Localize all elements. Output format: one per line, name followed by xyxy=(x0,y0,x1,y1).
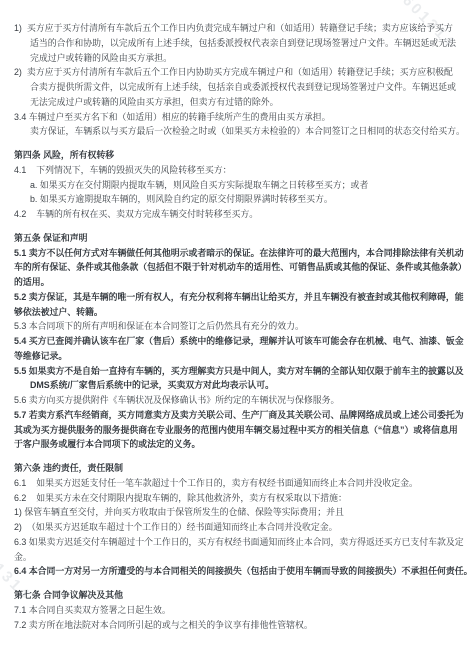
contract-line: 5.4 买方已查阅并确认该车在厂家（售后）系统中的维修记录，理解并认可该车可能会… xyxy=(0,334,470,349)
contract-line: 2) 卖方应于买方付清所有车款后五个工作日内协助买方完成车辆过户和（如适用）转籍… xyxy=(0,65,470,80)
contract-line: 5.3 本合同项下的所有声明和保证在本合同签订之后仍然具有充分的效力。 xyxy=(0,319,470,334)
contract-document-page: 8601314 8601314 8601314 1) 买方应于买方付清所有车款后… xyxy=(0,0,470,671)
contract-line: 6.2 如果买方未在交付期限内提取车辆的，除其他救济外，卖方有权采取以下措施： xyxy=(0,491,470,506)
contract-line: 1) 保管车辆直至交付，并向买方收取由于保管所发生的仓储、保险等实际费用；并且 xyxy=(0,505,470,520)
contract-line: 无法完成过户或转籍的风险由买方承担，但卖方有过错的除外。 xyxy=(0,95,470,110)
contract-line: 合卖方提供所需文件，以完成所有上述手续，包括亲自或委派授权代表到登记现场签署过户… xyxy=(0,80,470,95)
contract-line: 5.7 若卖方系汽车经销商，买方同意卖方及卖方关联公司、生产厂商及其关联公司、品… xyxy=(0,408,470,423)
contract-section-heading: 第五条 保证和声明 xyxy=(0,231,470,246)
contract-line: 5.2 卖方保证，其是车辆的唯一所有权人，有充分权利将车辆出让给买方，并且车辆没… xyxy=(0,290,470,305)
contract-line: 4.2 车辆的所有权在买、卖双方完成车辆交付时转移至买方。 xyxy=(0,207,470,222)
contract-line: 4.1 下列情况下，车辆的毁损灭失的风险转移至买方： xyxy=(0,163,470,178)
contract-line: 6.1 如果买方迟延支付任一笔车款超过十个工作日的，卖方有权经书面通知而终止本合… xyxy=(0,476,470,491)
contract-line: 6.4 本合同一方对另一方所遭受的与本合同相关的间接损失（包括由于使用车辆而导致… xyxy=(0,564,470,579)
contract-line: 5.1 卖方不以任何方式对车辆做任何其他明示或者暗示的保证。在法律许可的最大范围… xyxy=(0,246,470,261)
contract-line: 5.6 卖方向买方提供附件《车辆状况及保修确认书》所约定的车辆状况与保修服务。 xyxy=(0,393,470,408)
contract-line: b. 如果买方逾期提取车辆的，则风险自约定的原交付期限界满时转移至买方。 xyxy=(0,192,470,207)
contract-line: 等维修记录。 xyxy=(0,349,470,364)
contract-line: 7.1 本合同自买卖双方签署之日起生效。 xyxy=(0,603,470,618)
contract-section-heading: 第七条 合同争议解决及其他 xyxy=(0,588,470,603)
contract-line: 6.3 如果卖方迟延交付车辆超过十个工作日的，买方有权经书面通知而终止本合同，卖… xyxy=(0,535,470,550)
contract-section-heading: 第六条 违约责任，责任限制 xyxy=(0,461,470,476)
contract-line: 的适用。 xyxy=(0,275,470,290)
contract-line: 7.2 卖方所在地法院对本合同所引起的或与之相关的争议享有排他性管辖权。 xyxy=(0,618,470,633)
contract-section-heading: 第四条 风险，所有权转移 xyxy=(0,148,470,163)
contract-line: 金。 xyxy=(0,550,470,565)
contract-line: 2) （如果买方迟延取车超过十个工作日的）经书面通知而终止本合同并没收定金。 xyxy=(0,520,470,535)
contract-line: 于客户服务或履行本合同项下的或法定的义务。 xyxy=(0,437,470,452)
contract-line: 车的所有保证、条件或其他条款（包括但不限于针对机动车的适用性、可销售品质或其他的… xyxy=(0,260,470,275)
contract-line: 3.4 车辆过户至买方名下和（如适用）相应的转籍手续所产生的费用由买方承担。 xyxy=(0,110,470,125)
contract-line: 1) 买方应于买方付清所有车款后五个工作日内负责完成车辆过户和（如适用）转籍登记… xyxy=(0,21,470,36)
contract-line: DMS系统/厂家售后系统中的记录，买卖双方对此均表示认可。 xyxy=(0,378,470,393)
contract-line: 完成过户或转籍的风险由买方承担。 xyxy=(0,51,470,66)
contract-line: 5.5 如果卖方不是自始一直持有车辆的，买方理解卖方只是中间人，卖方对车辆的全部… xyxy=(0,364,470,379)
contract-line: 适当的合作和协助，以完成所有上述手续，包括委派授权代表亲自到登记现场签署过户文件… xyxy=(0,36,470,51)
contract-line: 卖方保证，车辆系以与买方最后一次检验之时或（如果买方未检验的）本合同签订之日相同… xyxy=(0,124,470,139)
contract-body: 1) 买方应于买方付清所有车款后五个工作日内负责完成车辆过户和（如适用）转籍登记… xyxy=(0,0,470,632)
contract-line: 其或为买方提供服务的服务提供商在专业服务的范围内使用车辆交易过程中买方的相关信息… xyxy=(0,423,470,438)
contract-line: 够依法被过户、转籍。 xyxy=(0,305,470,320)
contract-line: a. 如果买方在交付期限内提取车辆，则风险自买方实际提取车辆之日转移至买方；或者 xyxy=(0,178,470,193)
